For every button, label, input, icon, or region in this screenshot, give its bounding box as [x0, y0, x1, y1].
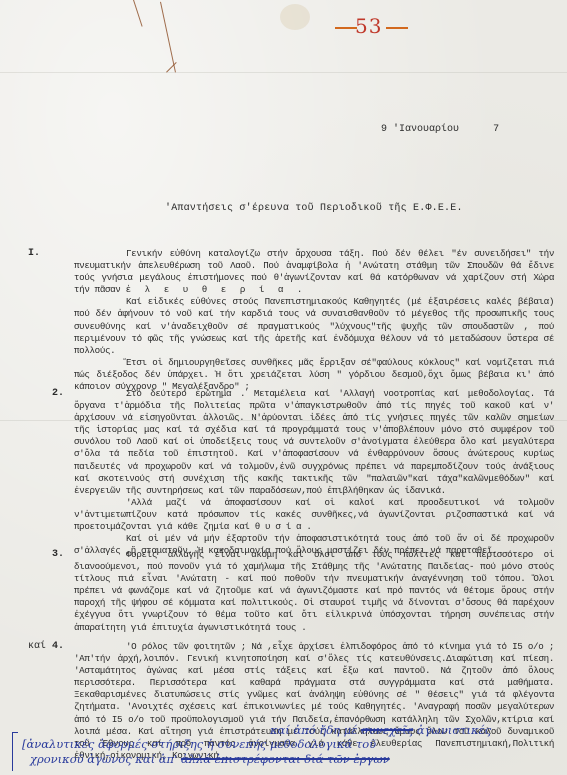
paragraph: 'Αλλά μαζί νά ἀποφασίσουν καί οἱ καλοί κ…	[74, 497, 554, 533]
section-3-body: Φορεῖς ἀλλαγῆς εἶναι ἀκόμη καί ὅλοι ἀπό …	[74, 549, 554, 634]
paragraph: Στό δεύτερο ἐρώτημα . Μεταμέλεια καί 'Αλ…	[74, 388, 554, 497]
handwritten-line-1: καί ἀπό ἤδη μέ συνεχεῖς ἀγωνιστικές	[270, 723, 491, 738]
paperclip-rust-mark	[133, 0, 143, 27]
spaced-word: ἐ λ ε υ θ ε ρ ί α .	[126, 284, 307, 295]
struck-text: συνεχεῖς	[361, 723, 413, 737]
section-number: 2.	[52, 388, 64, 399]
paperclip-rust-mark	[160, 2, 176, 73]
paragraph: Φορεῖς ἀλλαγῆς εἶναι ἀκόμη καί ὅλοι ἀπό …	[74, 549, 554, 634]
paper-stain	[280, 4, 310, 30]
section-prefix: καί	[28, 641, 46, 652]
paper-crease	[0, 72, 567, 73]
document-page: 53 9 'Ιανουαρίου 7 'Απαντήσεις σ'έρευνα …	[0, 0, 567, 775]
handwritten-line-2: [ἀναλυτικές ἀφορμές στήριξης ἡ συνεπής μ…	[22, 737, 376, 752]
page-number: 53	[355, 14, 382, 38]
section-1-body: Γενικήν εὐθύνη καταλογίζω στήν ἄρχουσα τ…	[74, 248, 554, 393]
date-year: 7	[493, 124, 499, 135]
section-number: 4.	[52, 641, 64, 652]
section-number: 3.	[52, 549, 64, 560]
struck-text: ἀλλά ἐπιστρέφονται διά τῶν ἐργων	[181, 752, 390, 766]
document-title: 'Απαντήσεις σ'έρευνα τοῦ Περιοδικοῦ τῆς …	[165, 203, 463, 214]
handwritten-note: καί ἀπό ἤδη μέ συνεχεῖς ἀγωνιστικές [ἀνα…	[8, 725, 563, 773]
handwritten-line-3: χρονικοῦ ἀγῶνος καί ἀπ' ἀλλά ἐπιστρέφοντ…	[30, 752, 390, 767]
date-month: 'Ιανουαρίου	[393, 124, 459, 135]
section-2-body: Στό δεύτερο ἐρώτημα . Μεταμέλεια καί 'Αλ…	[74, 388, 554, 557]
date-line: 9 'Ιανουαρίου 7	[381, 124, 499, 135]
section-number: I.	[28, 248, 40, 259]
paragraph: Καί εἰδικές εὐθύνες στούς Πανεπιστημιακο…	[74, 296, 554, 356]
paragraph: Γενικήν εὐθύνη καταλογίζω στήν ἄρχουσα τ…	[74, 248, 554, 296]
date-day: 9	[381, 124, 387, 135]
